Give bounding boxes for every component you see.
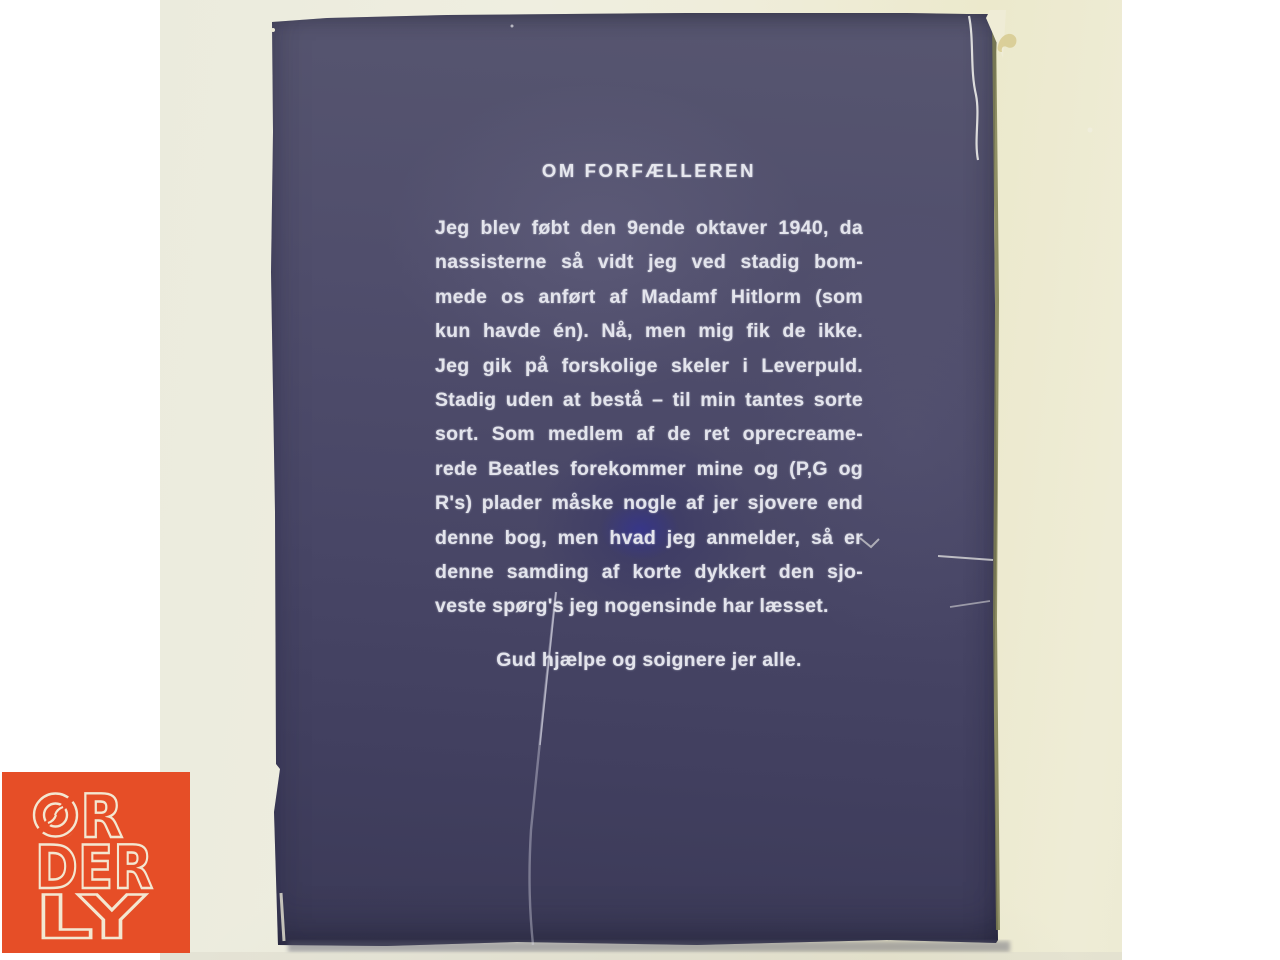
photo-bottom-strip xyxy=(160,952,1122,960)
cover-text-line: R's) plader måske nogle af jer sjovere e… xyxy=(435,486,863,520)
cover-text-line: nassisterne så vidt jeg ved stadig bom- xyxy=(435,245,863,279)
logo-row-3: LY xyxy=(35,883,147,953)
cover-text-line: rede Beatles forekommer mine og (P,G og xyxy=(435,452,863,486)
cover-text-line: denne samding af korte dykkert den sjo- xyxy=(435,555,863,589)
product-photo-page: OM FORFÆLLEREN Jeg blev føbt den 9ende o… xyxy=(0,0,1280,960)
cover-text-line: kun havde én). Nå, men mig fik de ikke. xyxy=(435,314,863,348)
dust-speck xyxy=(1088,128,1093,133)
cover-text-line: veste spørg's jeg nogensinde har læsset. xyxy=(435,589,863,623)
orderly-logo-letters: OR DER LY xyxy=(2,772,190,953)
jacket-tear-curl xyxy=(998,34,1017,52)
cover-text-line: Stadig uden at bestå – til min tantes so… xyxy=(435,383,863,417)
cover-body-text: Jeg blev føbt den 9ende oktaver 1940, da… xyxy=(435,211,863,624)
cover-text-line: mede os anført af Madamf Hitlorm (som xyxy=(435,280,863,314)
cover-text-line: denne bog, men hvad jeg anmelder, så er xyxy=(435,521,863,555)
cover-text-line: Jeg gik på forskolige skeler i Leverpuld… xyxy=(435,349,863,383)
cover-closing-line: Gud hjælpe og soignere jer alle. xyxy=(435,645,863,675)
cover-text-line: Jeg blev føbt den 9ende oktaver 1940, da xyxy=(435,211,863,245)
cover-heading: OM FORFÆLLEREN xyxy=(435,159,863,183)
cover-text-line: sort. Som medlem af de ret oprecreame- xyxy=(435,417,863,451)
orderly-logo: OR DER LY xyxy=(2,772,190,953)
book-photo[interactable]: OM FORFÆLLEREN Jeg blev føbt den 9ende o… xyxy=(160,0,1122,960)
book-back-cover: OM FORFÆLLEREN Jeg blev føbt den 9ende o… xyxy=(267,12,998,948)
logo-swirl-o-icon xyxy=(31,790,81,840)
